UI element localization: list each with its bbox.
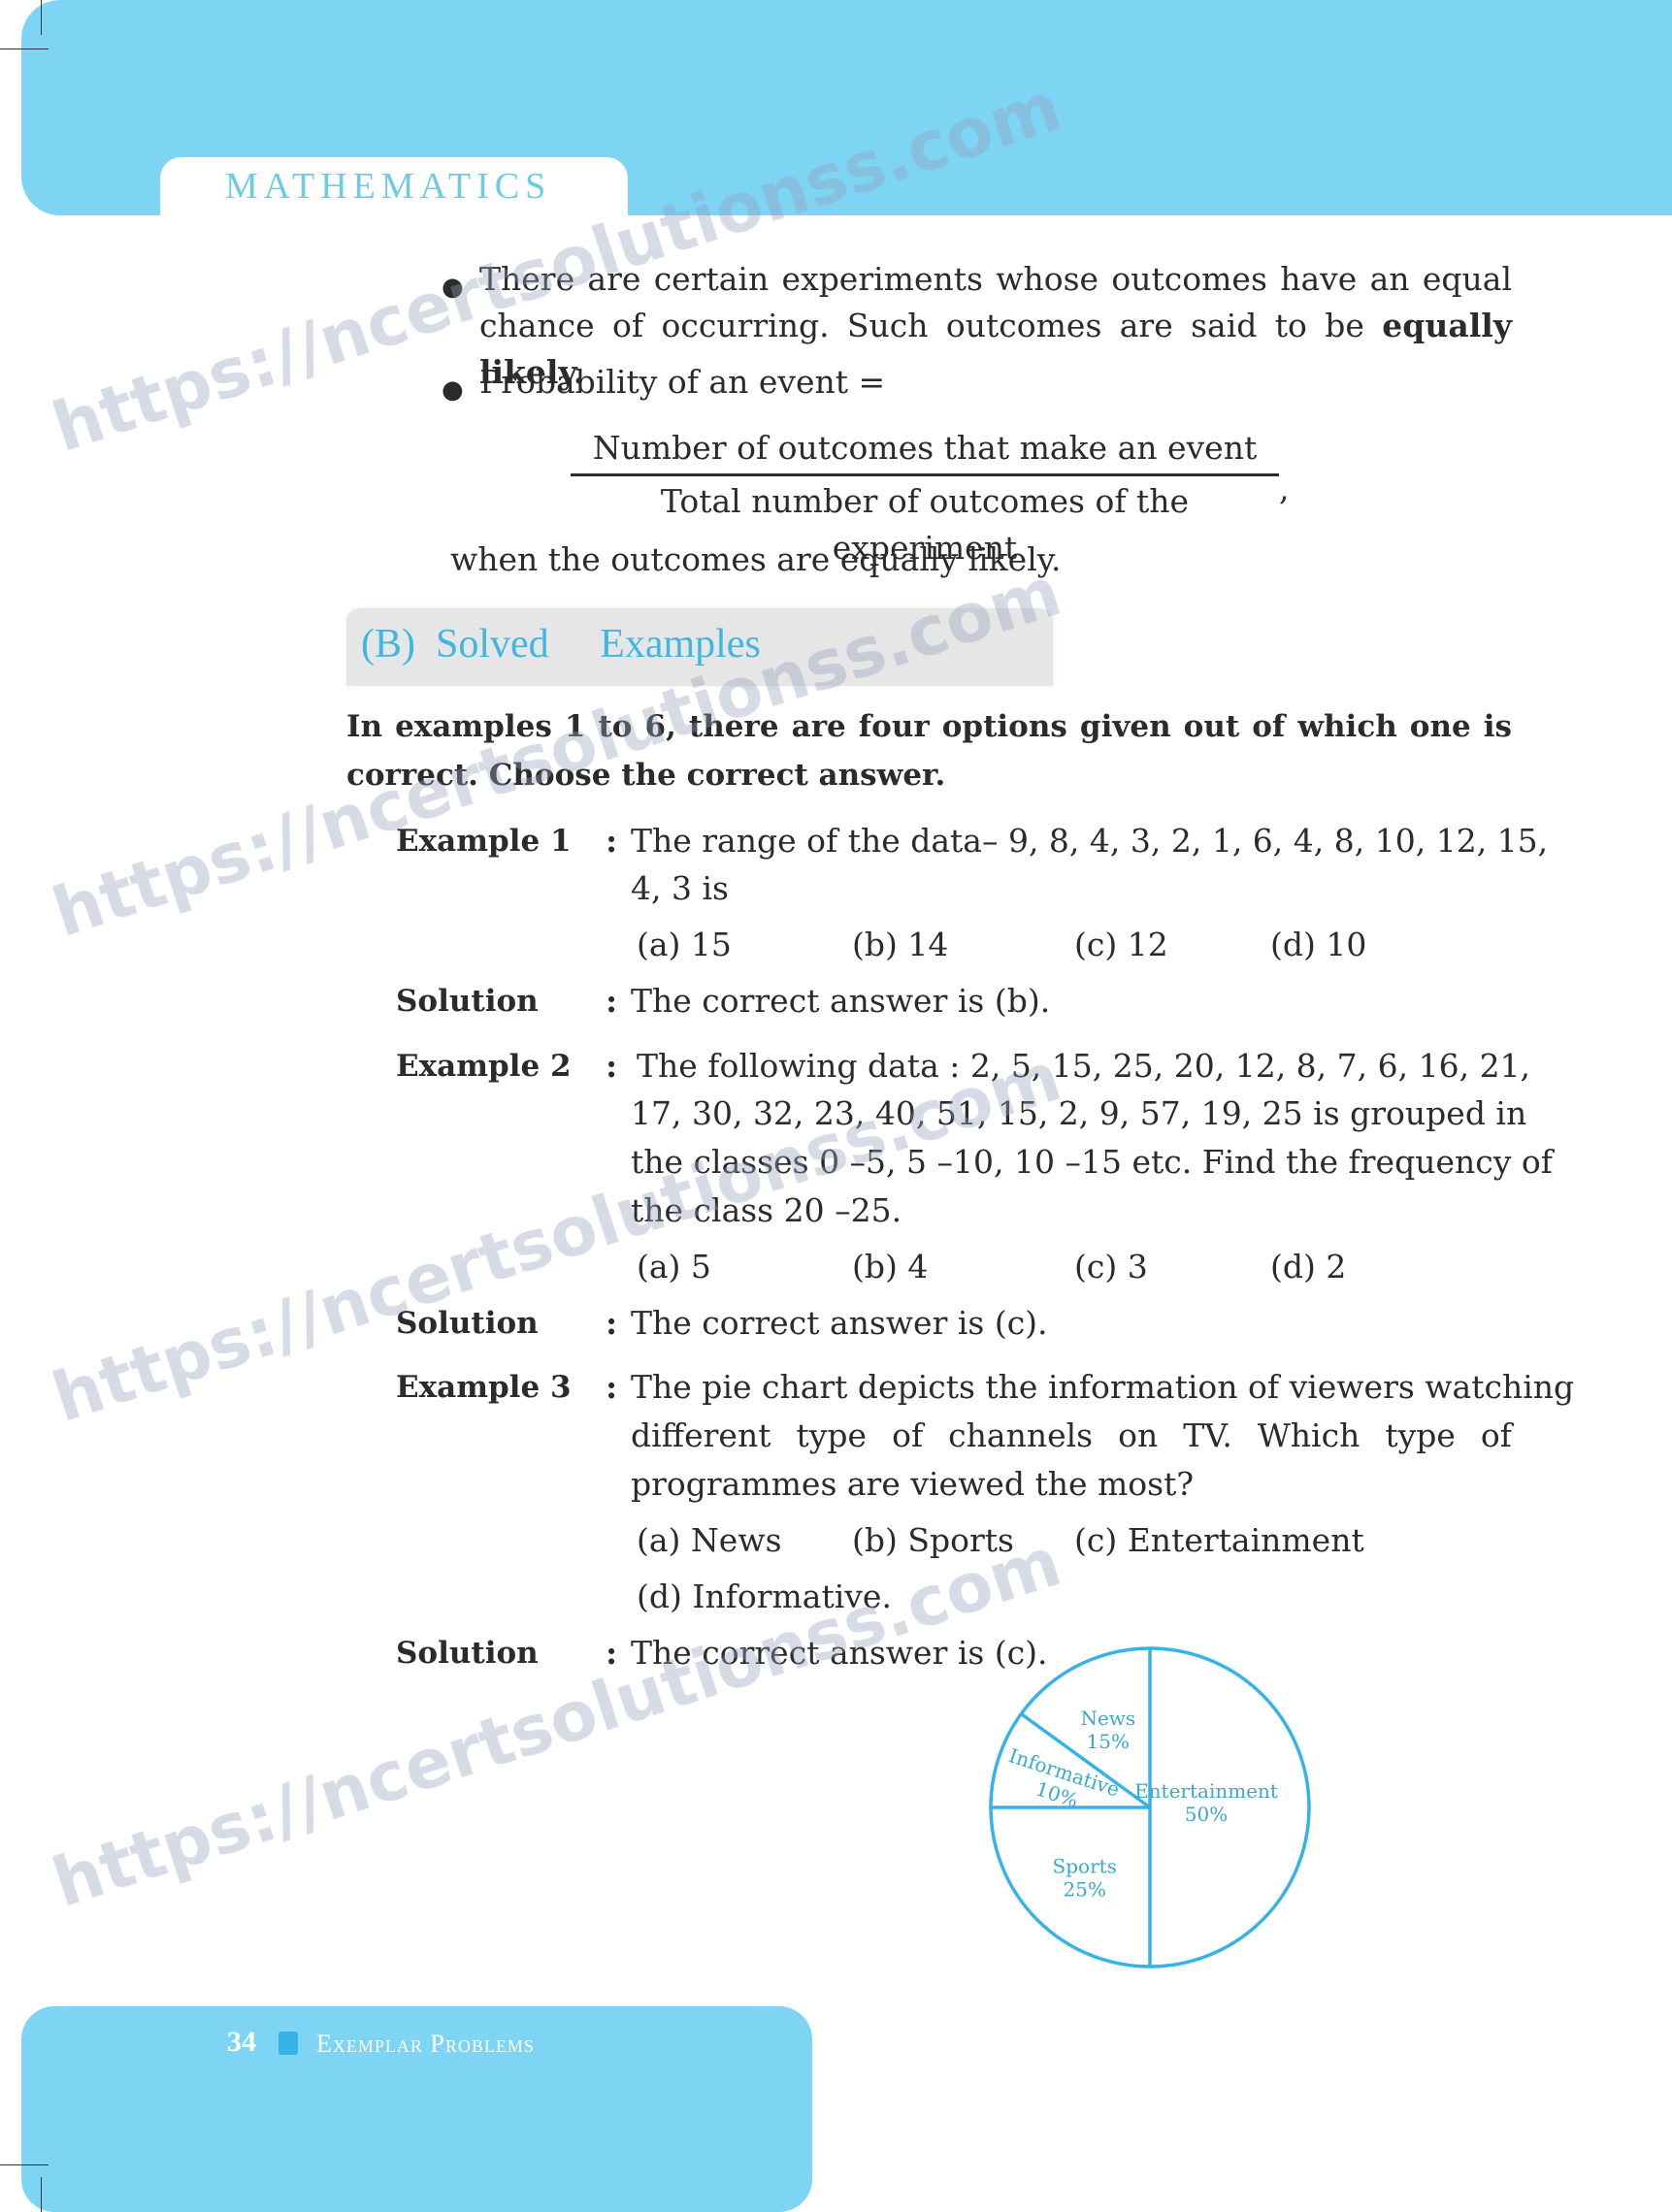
bullet-icon: ● — [442, 367, 464, 413]
fraction-numerator: Number of outcomes that make an event — [571, 425, 1279, 472]
option-a: (a) 15 — [637, 922, 732, 968]
colon: : — [606, 1364, 617, 1411]
option-b: (b) 14 — [852, 922, 948, 968]
solution-label: Solution — [396, 978, 539, 1025]
svg-text:25%: 25% — [1064, 1877, 1106, 1901]
colon: : — [606, 1300, 617, 1347]
colon: : — [606, 978, 617, 1025]
option-c: (c) Entertainment — [1074, 1517, 1364, 1564]
colon: : — [606, 1043, 617, 1090]
example-question: The following data : 2, 5, 15, 25, 20, 1… — [637, 1043, 1530, 1090]
crop-mark — [41, 2177, 42, 2212]
svg-text:Sports: Sports — [1053, 1854, 1117, 1877]
example-label: Example 2 — [396, 1043, 572, 1090]
subject-title: MATHEMATICS — [225, 165, 551, 208]
svg-text:15%: 15% — [1087, 1730, 1130, 1753]
crop-mark — [0, 49, 49, 49]
example-question: programmes are viewed the most? — [631, 1461, 1194, 1508]
example-question: The pie chart depicts the information of… — [631, 1364, 1512, 1411]
svg-text:News: News — [1080, 1707, 1135, 1730]
fraction-bar — [571, 473, 1279, 476]
option-a: (a) 5 — [637, 1244, 711, 1290]
solution-label: Solution — [396, 1630, 539, 1676]
example-question: 4, 3 is — [631, 865, 729, 912]
option-b: (b) 4 — [852, 1244, 928, 1290]
example-question: The range of the data– 9, 8, 4, 3, 2, 1,… — [631, 818, 1548, 864]
page-number: 34 — [227, 2026, 256, 2059]
option-c: (c) 12 — [1074, 922, 1168, 968]
pie-chart: Entertainment50%Sports25%Informative10%N… — [980, 1640, 1320, 1979]
watermark: https://ncertsolutionss.com — [44, 1521, 1070, 1923]
colon: : — [606, 818, 617, 864]
option-d: (d) 10 — [1270, 922, 1366, 968]
example-question: different type of channels on TV. Which … — [631, 1413, 1512, 1459]
section-marker: (B) — [361, 622, 415, 667]
solution-text: The correct answer is (b). — [631, 978, 1050, 1025]
footer-square-icon — [279, 2032, 298, 2055]
section-word: Solved — [436, 622, 549, 667]
book-title: Exemplar Problems — [316, 2030, 535, 2059]
bullet-probability: Probability of an event = — [479, 359, 885, 406]
pie-slice-label: News15% — [1080, 1707, 1135, 1753]
svg-text:Entertainment: Entertainment — [1134, 1779, 1278, 1803]
fraction-comma: , — [1279, 466, 1290, 512]
svg-text:50%: 50% — [1185, 1803, 1228, 1826]
option-a: (a) News — [637, 1517, 782, 1564]
section-heading: (B) Solved Examples — [361, 621, 761, 667]
option-c: (c) 3 — [1074, 1244, 1148, 1290]
solution-text: The correct answer is (c). — [631, 1300, 1048, 1347]
crop-mark — [0, 2164, 49, 2165]
example-label: Example 3 — [396, 1364, 572, 1411]
option-d: (d) 2 — [1270, 1244, 1346, 1290]
crop-mark — [41, 0, 42, 35]
